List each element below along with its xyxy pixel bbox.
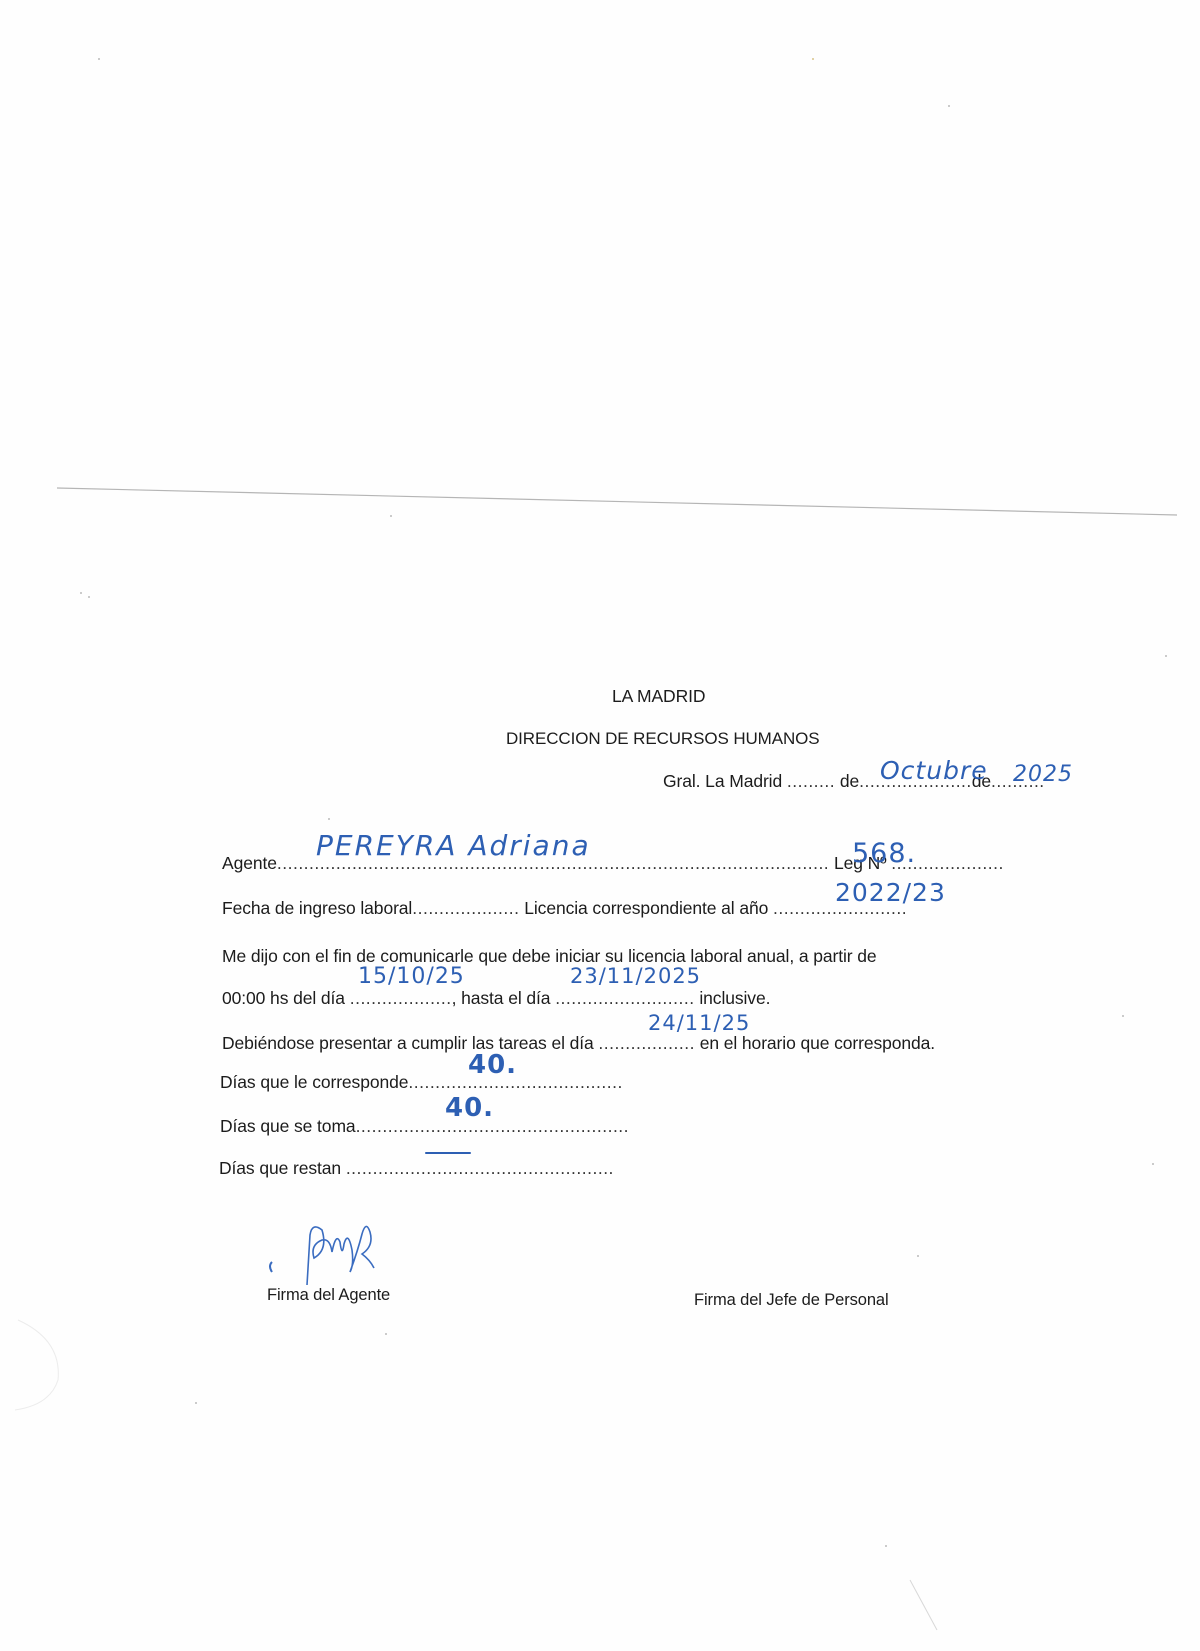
page-separator-line [0,0,1200,1651]
scan-speck [328,818,330,820]
periodo-row: 00:00 hs del día ..................., ha… [222,990,770,1008]
handwritten-year: 2025 [1013,764,1073,786]
dias-toma-row: Días que se toma........................… [220,1118,629,1136]
scan-speck [948,105,950,107]
regreso-blank[interactable]: .................. [598,1033,695,1053]
handwritten-agent-name: PEREYRA Adriana [316,832,591,860]
handwritten-start-date: 15/10/25 [358,966,465,988]
dias-corresponde-row: Días que le corresponde.................… [220,1074,623,1092]
scan-speck [1152,1163,1154,1165]
scan-speck [885,1545,887,1547]
regreso-row: Debiéndose presentar a cumplir las tarea… [222,1035,935,1053]
handwritten-licencia-year: 2022/23 [835,880,946,905]
regreso-suffix: en el horario que corresponda. [695,1033,935,1053]
periodo-mid: , hasta el día [452,988,556,1008]
day-blank[interactable]: ......... [787,771,835,791]
scan-speck [1122,1015,1124,1017]
scan-speck [917,1255,919,1257]
handwritten-end-date: 23/11/2025 [570,966,701,987]
handwritten-dias-corresponde: 40. [468,1052,517,1078]
dias-restan-row: Días que restan ........................… [219,1160,614,1178]
department-title: DIRECCION DE RECURSOS HUMANOS [506,730,820,747]
hasta-blank[interactable]: .......................... [555,988,694,1008]
chief-signature-label: Firma del Jefe de Personal [694,1292,889,1309]
licencia-label: Licencia correspondiente al año [519,898,773,918]
periodo-prefix: 00:00 hs del día [222,988,350,1008]
scan-speck [390,515,392,517]
handwritten-month: Octubre [880,758,988,783]
municipality-title: LA MADRID [612,688,705,706]
handwritten-dias-toma: 40. [445,1095,494,1121]
scan-speck [385,1333,387,1335]
regreso-prefix: Debiéndose presentar a cumplir las tarea… [222,1033,598,1053]
dias-toma-label: Días que se toma [220,1116,356,1136]
ingreso-blank[interactable]: .................... [412,898,519,918]
ingreso-label: Fecha de ingreso laboral [222,898,412,918]
periodo-suffix: inclusive. [695,988,771,1008]
dias-restan-label: Días que restan [219,1158,346,1178]
date-sep-1: de [835,771,859,791]
handwritten-leg-number: 568. [852,840,916,867]
notice-paragraph-line-1: Me dijo con el fin de comunicarle que de… [222,948,877,966]
scan-speck [812,58,814,60]
scan-speck [98,58,100,60]
scan-speck [195,1402,197,1404]
scan-speck [80,592,82,594]
handwritten-dias-restan-dash [425,1152,471,1154]
ingreso-row: Fecha de ingreso laboral................… [222,900,907,918]
scan-speck [1165,655,1167,657]
agente-label: Agente [222,853,277,873]
desde-blank[interactable]: ................... [350,988,452,1008]
handwritten-return-date: 24/11/25 [648,1013,750,1034]
agent-signature-label: Firma del Agente [267,1287,390,1304]
scan-speck [88,596,90,598]
dias-restan-blank[interactable]: ........................................… [346,1158,614,1178]
dias-corresponde-label: Días que le corresponde [220,1072,408,1092]
place-label: Gral. La Madrid [663,771,787,791]
agent-signature-scribble [262,1210,392,1290]
